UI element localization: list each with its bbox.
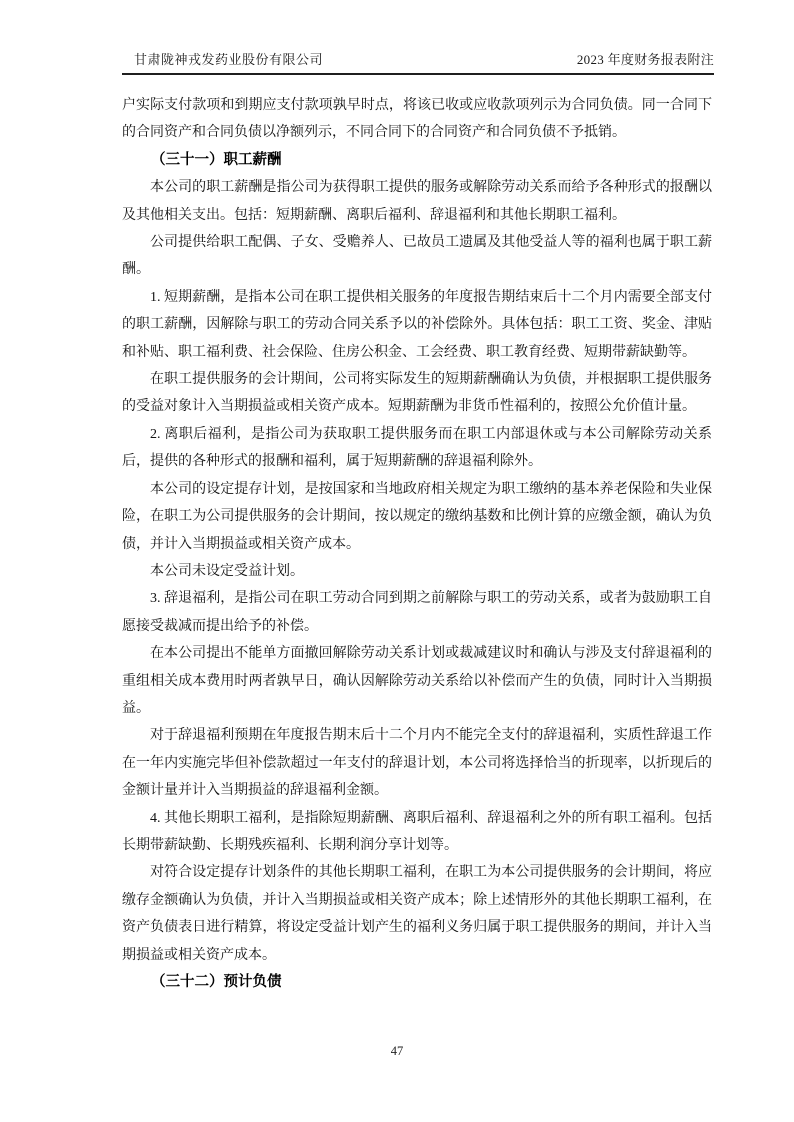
paragraph: 本公司的设定提存计划，是按国家和当地政府相关规定为职工缴纳的基本养老保险和失业保…	[122, 476, 712, 558]
header-company-name: 甘肃陇神戎发药业股份有限公司	[122, 52, 323, 68]
paragraph: 在职工提供服务的会计期间，公司将实际发生的短期薪酬确认为负债，并根据职工提供服务…	[122, 366, 712, 421]
paragraph: 1. 短期薪酬，是指本公司在职工提供相关服务的年度报告期结束后十二个月内需要全部…	[122, 284, 712, 366]
header-doc-title: 2023 年度财务报表附注	[577, 52, 714, 68]
paragraph: 本公司未设定受益计划。	[122, 558, 712, 585]
section-heading-31: （三十一）职工薪酬	[122, 147, 712, 174]
paragraph: 对符合设定提存计划条件的其他长期职工福利，在职工为本公司提供服务的会计期间，将应…	[122, 859, 712, 969]
document-page: 甘肃陇神戎发药业股份有限公司 2023 年度财务报表附注 户实际支付款项和到期应…	[0, 0, 794, 1122]
paragraph: 4. 其他长期职工福利，是指除短期薪酬、离职后福利、辞退福利之外的所有职工福利。…	[122, 805, 712, 860]
section-heading-32: （三十二）预计负债	[122, 969, 712, 996]
paragraph: 公司提供给职工配偶、子女、受赡养人、已故员工遗属及其他受益人等的福利也属于职工薪…	[122, 229, 712, 284]
document-body: 户实际支付款项和到期应支付款项孰早时点，将该已收或应收款项列示为合同负债。同一合…	[122, 92, 712, 996]
page-header: 甘肃陇神戎发药业股份有限公司 2023 年度财务报表附注	[122, 52, 714, 75]
page-number: 47	[0, 1044, 794, 1059]
paragraph: 2. 离职后福利，是指公司为获取职工提供服务而在职工内部退休或与本公司解除劳动关…	[122, 421, 712, 476]
paragraph: 在本公司提出不能单方面撤回解除劳动关系计划或裁减建议时和确认与涉及支付辞退福利的…	[122, 640, 712, 722]
paragraph-continued: 户实际支付款项和到期应支付款项孰早时点，将该已收或应收款项列示为合同负债。同一合…	[122, 92, 712, 147]
paragraph: 本公司的职工薪酬是指公司为获得职工提供的服务或解除劳动关系而给予各种形式的报酬以…	[122, 174, 712, 229]
paragraph: 3. 辞退福利，是指公司在职工劳动合同到期之前解除与职工的劳动关系，或者为鼓励职…	[122, 585, 712, 640]
paragraph: 对于辞退福利预期在年度报告期末后十二个月内不能完全支付的辞退福利，实质性辞退工作…	[122, 722, 712, 804]
